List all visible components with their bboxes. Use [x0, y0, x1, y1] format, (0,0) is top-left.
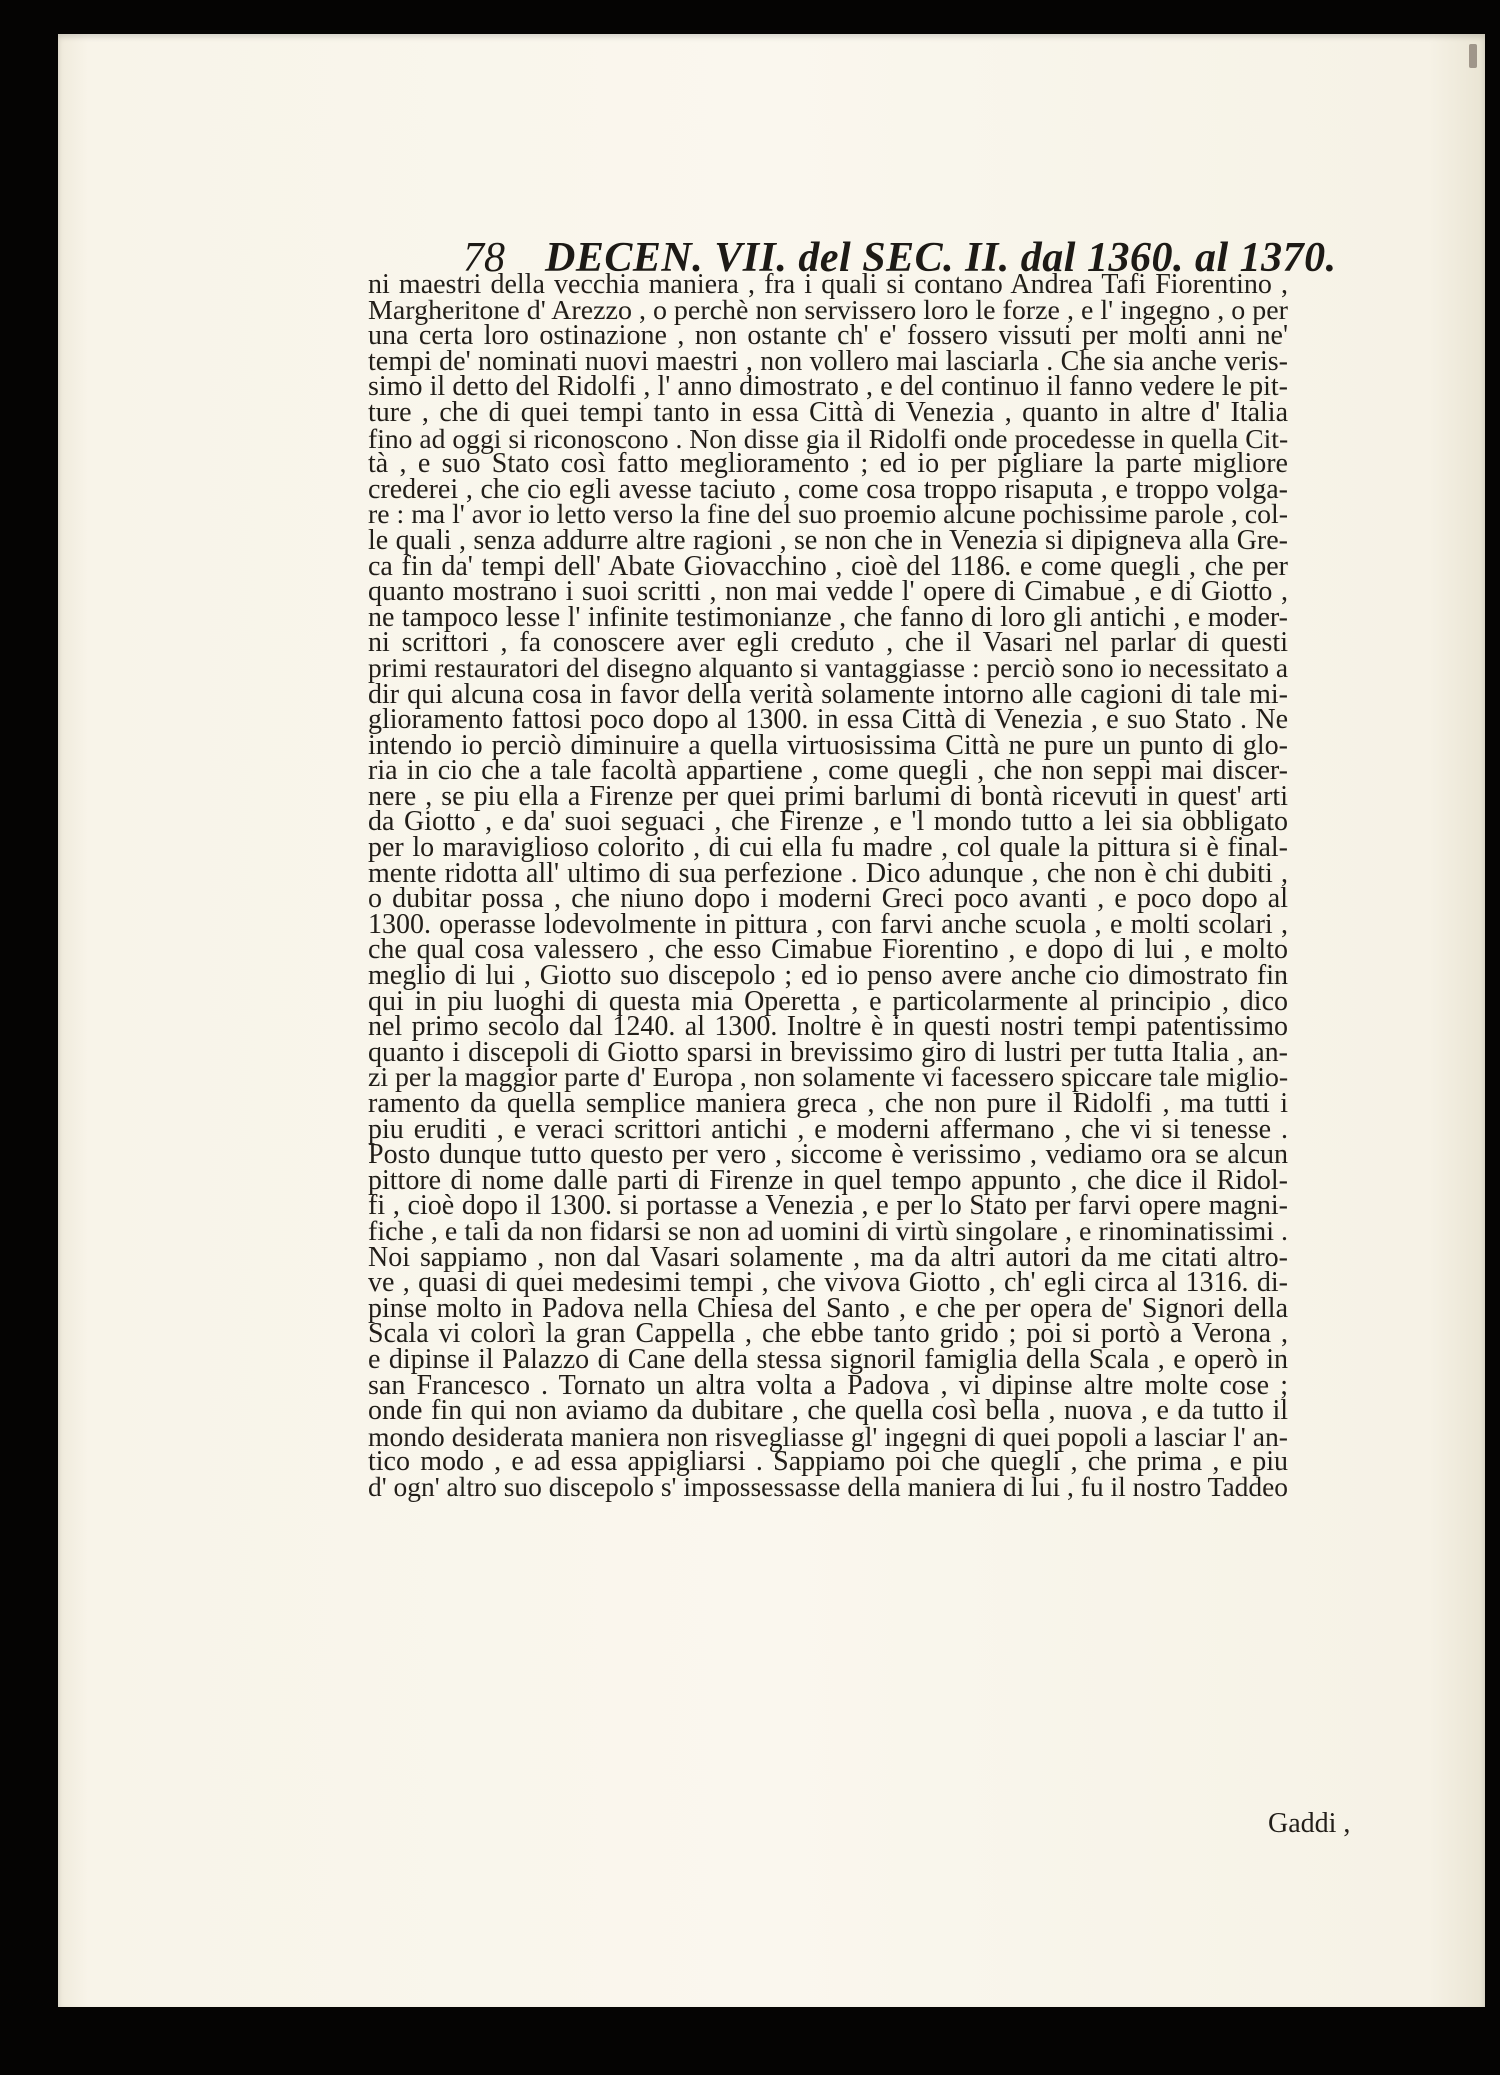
text-line: glioramento fattosi poco dopo al 1300. i…	[368, 707, 1288, 733]
text-line: ture , che di quei tempi tanto in essa C…	[368, 400, 1288, 426]
text-line: meglio di lui , Giotto suo discepolo ; e…	[368, 963, 1288, 989]
text-line: per lo maraviglioso colorito , di cui el…	[368, 835, 1288, 861]
text-line: nel primo secolo dal 1240. al 1300. Inol…	[368, 1014, 1288, 1040]
text-line: o dubitar possa , che niuno dopo i moder…	[368, 886, 1288, 912]
text-line: tà , e suo Stato così fatto megliorament…	[368, 451, 1288, 477]
page-edge-mark	[1469, 44, 1477, 68]
text-line: e dipinse il Palazzo di Cane della stess…	[368, 1347, 1288, 1373]
text-line: una certa loro ostinazione , non ostante…	[368, 323, 1288, 349]
text-line: ramento da quella semplice maniera greca…	[368, 1091, 1288, 1117]
text-line: ni maestri della vecchia maniera , fra i…	[368, 272, 1288, 298]
text-line: ve , quasi di quei medesimi tempi , che …	[368, 1270, 1288, 1296]
text-line: primi restauratori del disegno alquanto …	[368, 656, 1288, 682]
catchword: Gaddi ,	[1268, 1808, 1350, 1840]
text-line: le quali , senza addurre altre ragioni ,…	[368, 528, 1288, 554]
text-line: fiche , e tali da non fidarsi se non ad …	[368, 1219, 1288, 1245]
text-line: onde fin qui non aviamo da dubitare , ch…	[368, 1398, 1288, 1424]
text-line: Posto dunque tutto questo per vero , sic…	[368, 1142, 1288, 1168]
text-line: d' ogn' altro suo discepolo s' impossess…	[368, 1475, 1288, 1501]
text-line: quanto mostrano i suoi scritti , non mai…	[368, 579, 1288, 605]
body-text: ni maestri della vecchia maniera , fra i…	[368, 272, 1288, 1501]
